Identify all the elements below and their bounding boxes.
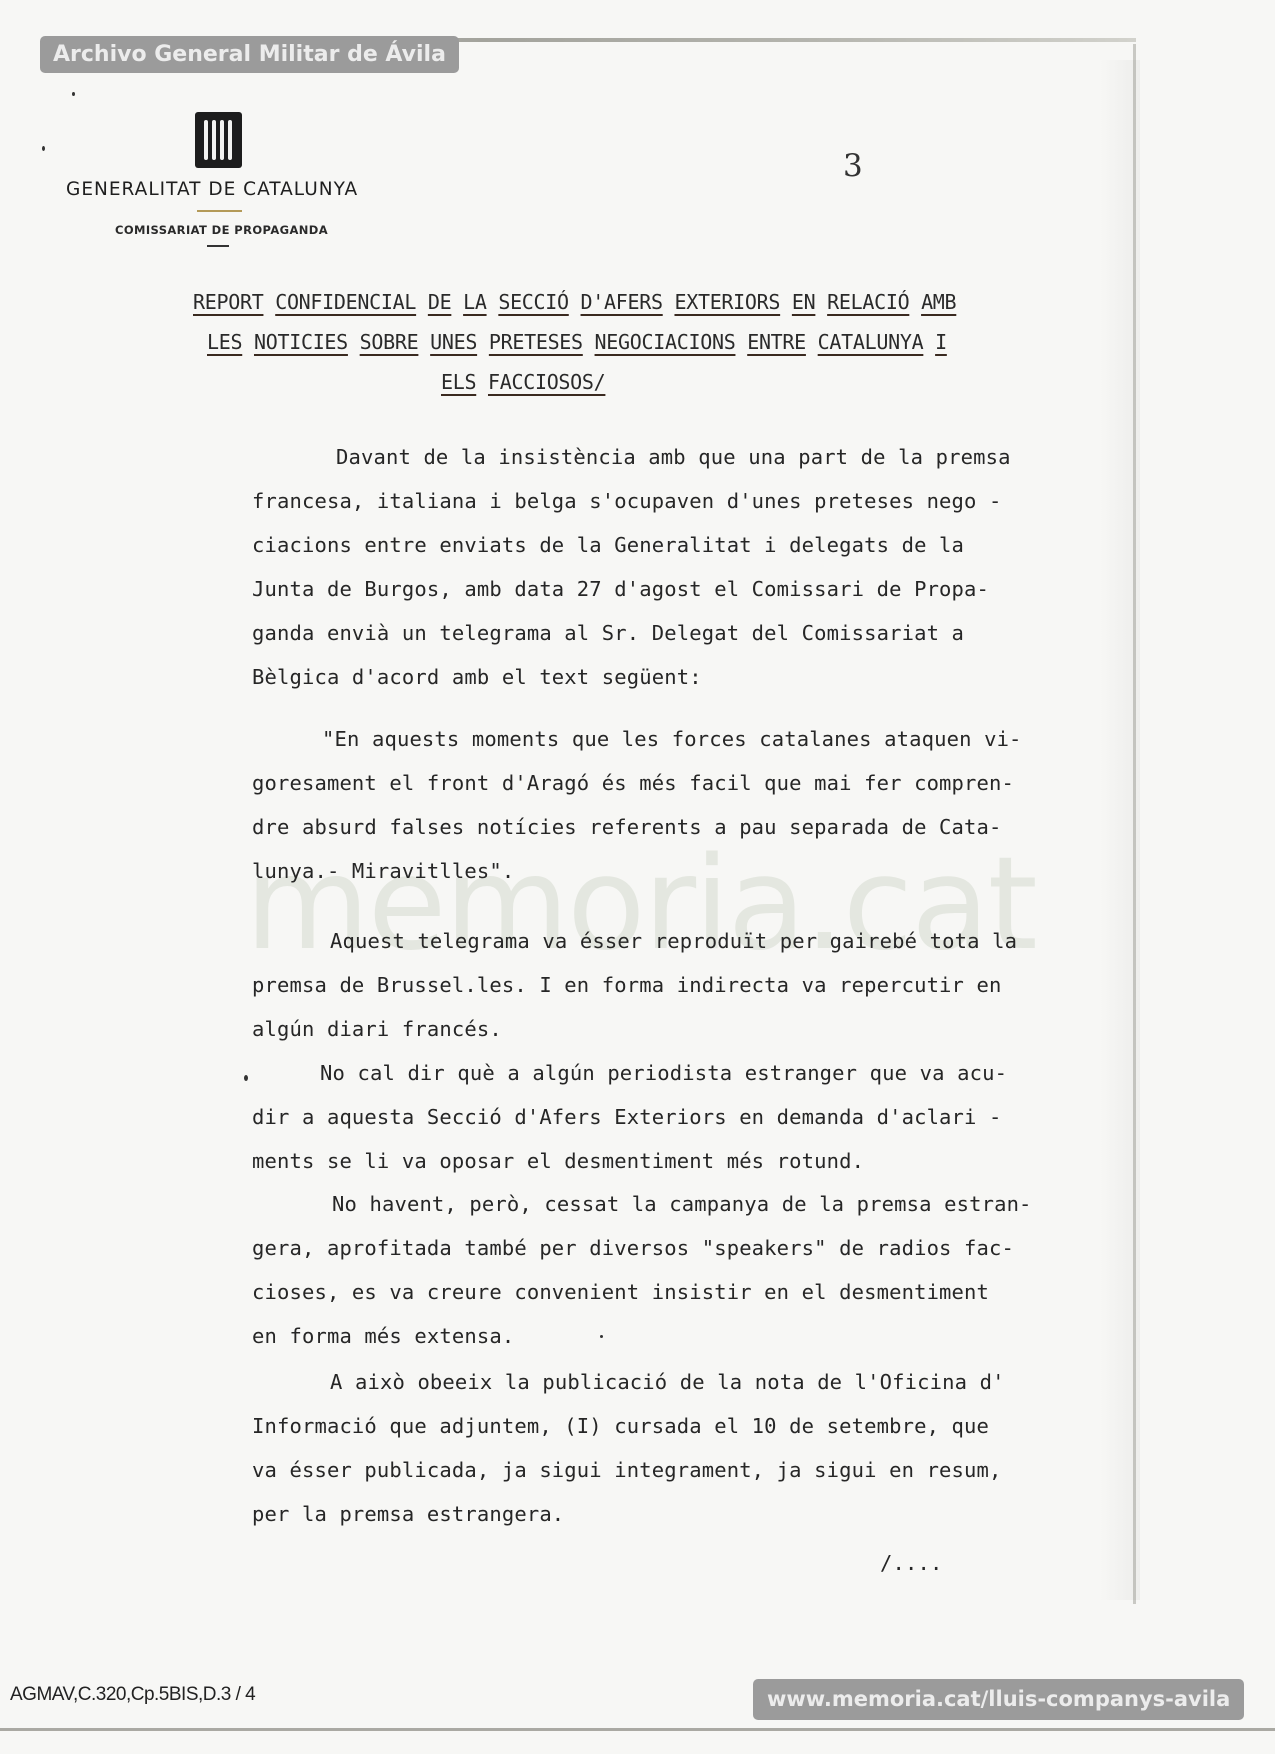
title-word: ENTRE: [747, 330, 806, 354]
generalitat-emblem-icon: [195, 112, 242, 168]
reference-code: AGMAV,C.320,Cp.5BIS,D.3 / 4: [10, 1684, 255, 1706]
paper-speck: [42, 146, 45, 151]
body-line: Davant de la insistència amb que una par…: [336, 445, 1011, 469]
body-line: va ésser publicada, ja sigui integrament…: [252, 1458, 1002, 1482]
paper-speck: [72, 92, 75, 96]
title-word: NOTICIES: [254, 330, 348, 354]
body-line: ciacions entre enviats de la Generalitat…: [252, 533, 964, 557]
continuation-mark: /....: [880, 1551, 942, 1575]
title-word: PRETESES: [489, 330, 583, 354]
body-line: No cal dir què a algún periodista estran…: [320, 1061, 1007, 1085]
quote-line: dre absurd falses notícies referents a p…: [252, 815, 1002, 839]
title-word: EXTERIORS: [674, 290, 780, 314]
title-word: SECCIÓ: [498, 290, 568, 314]
letterhead-divider: [197, 210, 242, 212]
report-title-line: REPORT CONFIDENCIAL DE LA SECCIÓ D'AFERS…: [193, 290, 956, 314]
paper-edge-bottom: [0, 1728, 1275, 1731]
title-word: LA: [463, 290, 486, 314]
title-word: LES: [207, 330, 242, 354]
report-title-line: LES NOTICIES SOBRE UNES PRETESES NEGOCIA…: [207, 330, 947, 354]
title-word: AMB: [921, 290, 956, 314]
title-word: CATALUNYA: [818, 330, 924, 354]
quote-line: "En aquests moments que les forces catal…: [322, 727, 1022, 751]
report-title-line: ELS FACCIOSOS/: [441, 370, 605, 394]
paper-shadow: [1100, 60, 1140, 1600]
body-line: premsa de Brussel.les. I en forma indire…: [252, 973, 1002, 997]
body-line: Aquest telegrama va ésser reproduït per …: [330, 929, 1017, 953]
title-word: DE: [428, 290, 451, 314]
title-word: EN: [792, 290, 815, 314]
title-word: FACCIOSOS/: [488, 370, 605, 394]
title-word: ELS: [441, 370, 476, 394]
title-word: D'AFERS: [581, 290, 663, 314]
title-word: UNES: [430, 330, 477, 354]
paper-speck: [600, 1335, 603, 1338]
body-line: algún diari francés.: [252, 1017, 502, 1041]
body-line: dir a aquesta Secció d'Afers Exteriors e…: [252, 1105, 1002, 1129]
page-number: 3: [843, 148, 863, 184]
body-line: Junta de Burgos, amb data 27 d'agost el …: [252, 577, 989, 601]
quote-line: lunya.- Miravitlles".: [252, 859, 514, 883]
body-line: ments se li va oposar el desmentiment mé…: [252, 1149, 864, 1173]
source-url-badge[interactable]: www.memoria.cat/lluis-companys-avila: [753, 1679, 1244, 1720]
body-line: per la premsa estrangera.: [252, 1502, 564, 1526]
body-line: No havent, però, cessat la campanya de l…: [332, 1192, 1032, 1216]
body-line: A això obeeix la publicació de la nota d…: [330, 1370, 1005, 1394]
body-line: Bèlgica d'acord amb el text següent:: [252, 665, 702, 689]
body-line: ganda envià un telegrama al Sr. Delegat …: [252, 621, 964, 645]
title-word: NEGOCIACIONS: [595, 330, 736, 354]
letterhead-organization: GENERALITAT DE CATALUNYA: [66, 179, 358, 200]
body-line: gera, aprofitada també per diversos "spe…: [252, 1236, 1014, 1260]
document-page: memoria.cat Archivo General Militar de Á…: [0, 0, 1275, 1754]
letterhead-divider: [207, 245, 229, 247]
watermark: memoria.cat: [245, 830, 1036, 979]
letterhead-department: COMISSARIAT DE PROPAGANDA: [115, 223, 328, 237]
title-word: RELACIÓ: [827, 290, 909, 314]
title-word: REPORT: [193, 290, 263, 314]
title-word: CONFIDENCIAL: [275, 290, 416, 314]
body-line: cioses, es va creure convenient insistir…: [252, 1280, 989, 1304]
paper-speck: [244, 1075, 248, 1081]
body-line: en forma més extensa.: [252, 1324, 514, 1348]
title-word: I: [935, 330, 947, 354]
body-line: Informació que adjuntem, (I) cursada el …: [252, 1414, 989, 1438]
quote-line: goresament el front d'Aragó és més facil…: [252, 771, 1014, 795]
title-word: SOBRE: [360, 330, 419, 354]
body-line: francesa, italiana i belga s'ocupaven d'…: [252, 489, 1002, 513]
archive-badge: Archivo General Militar de Ávila: [40, 36, 459, 73]
